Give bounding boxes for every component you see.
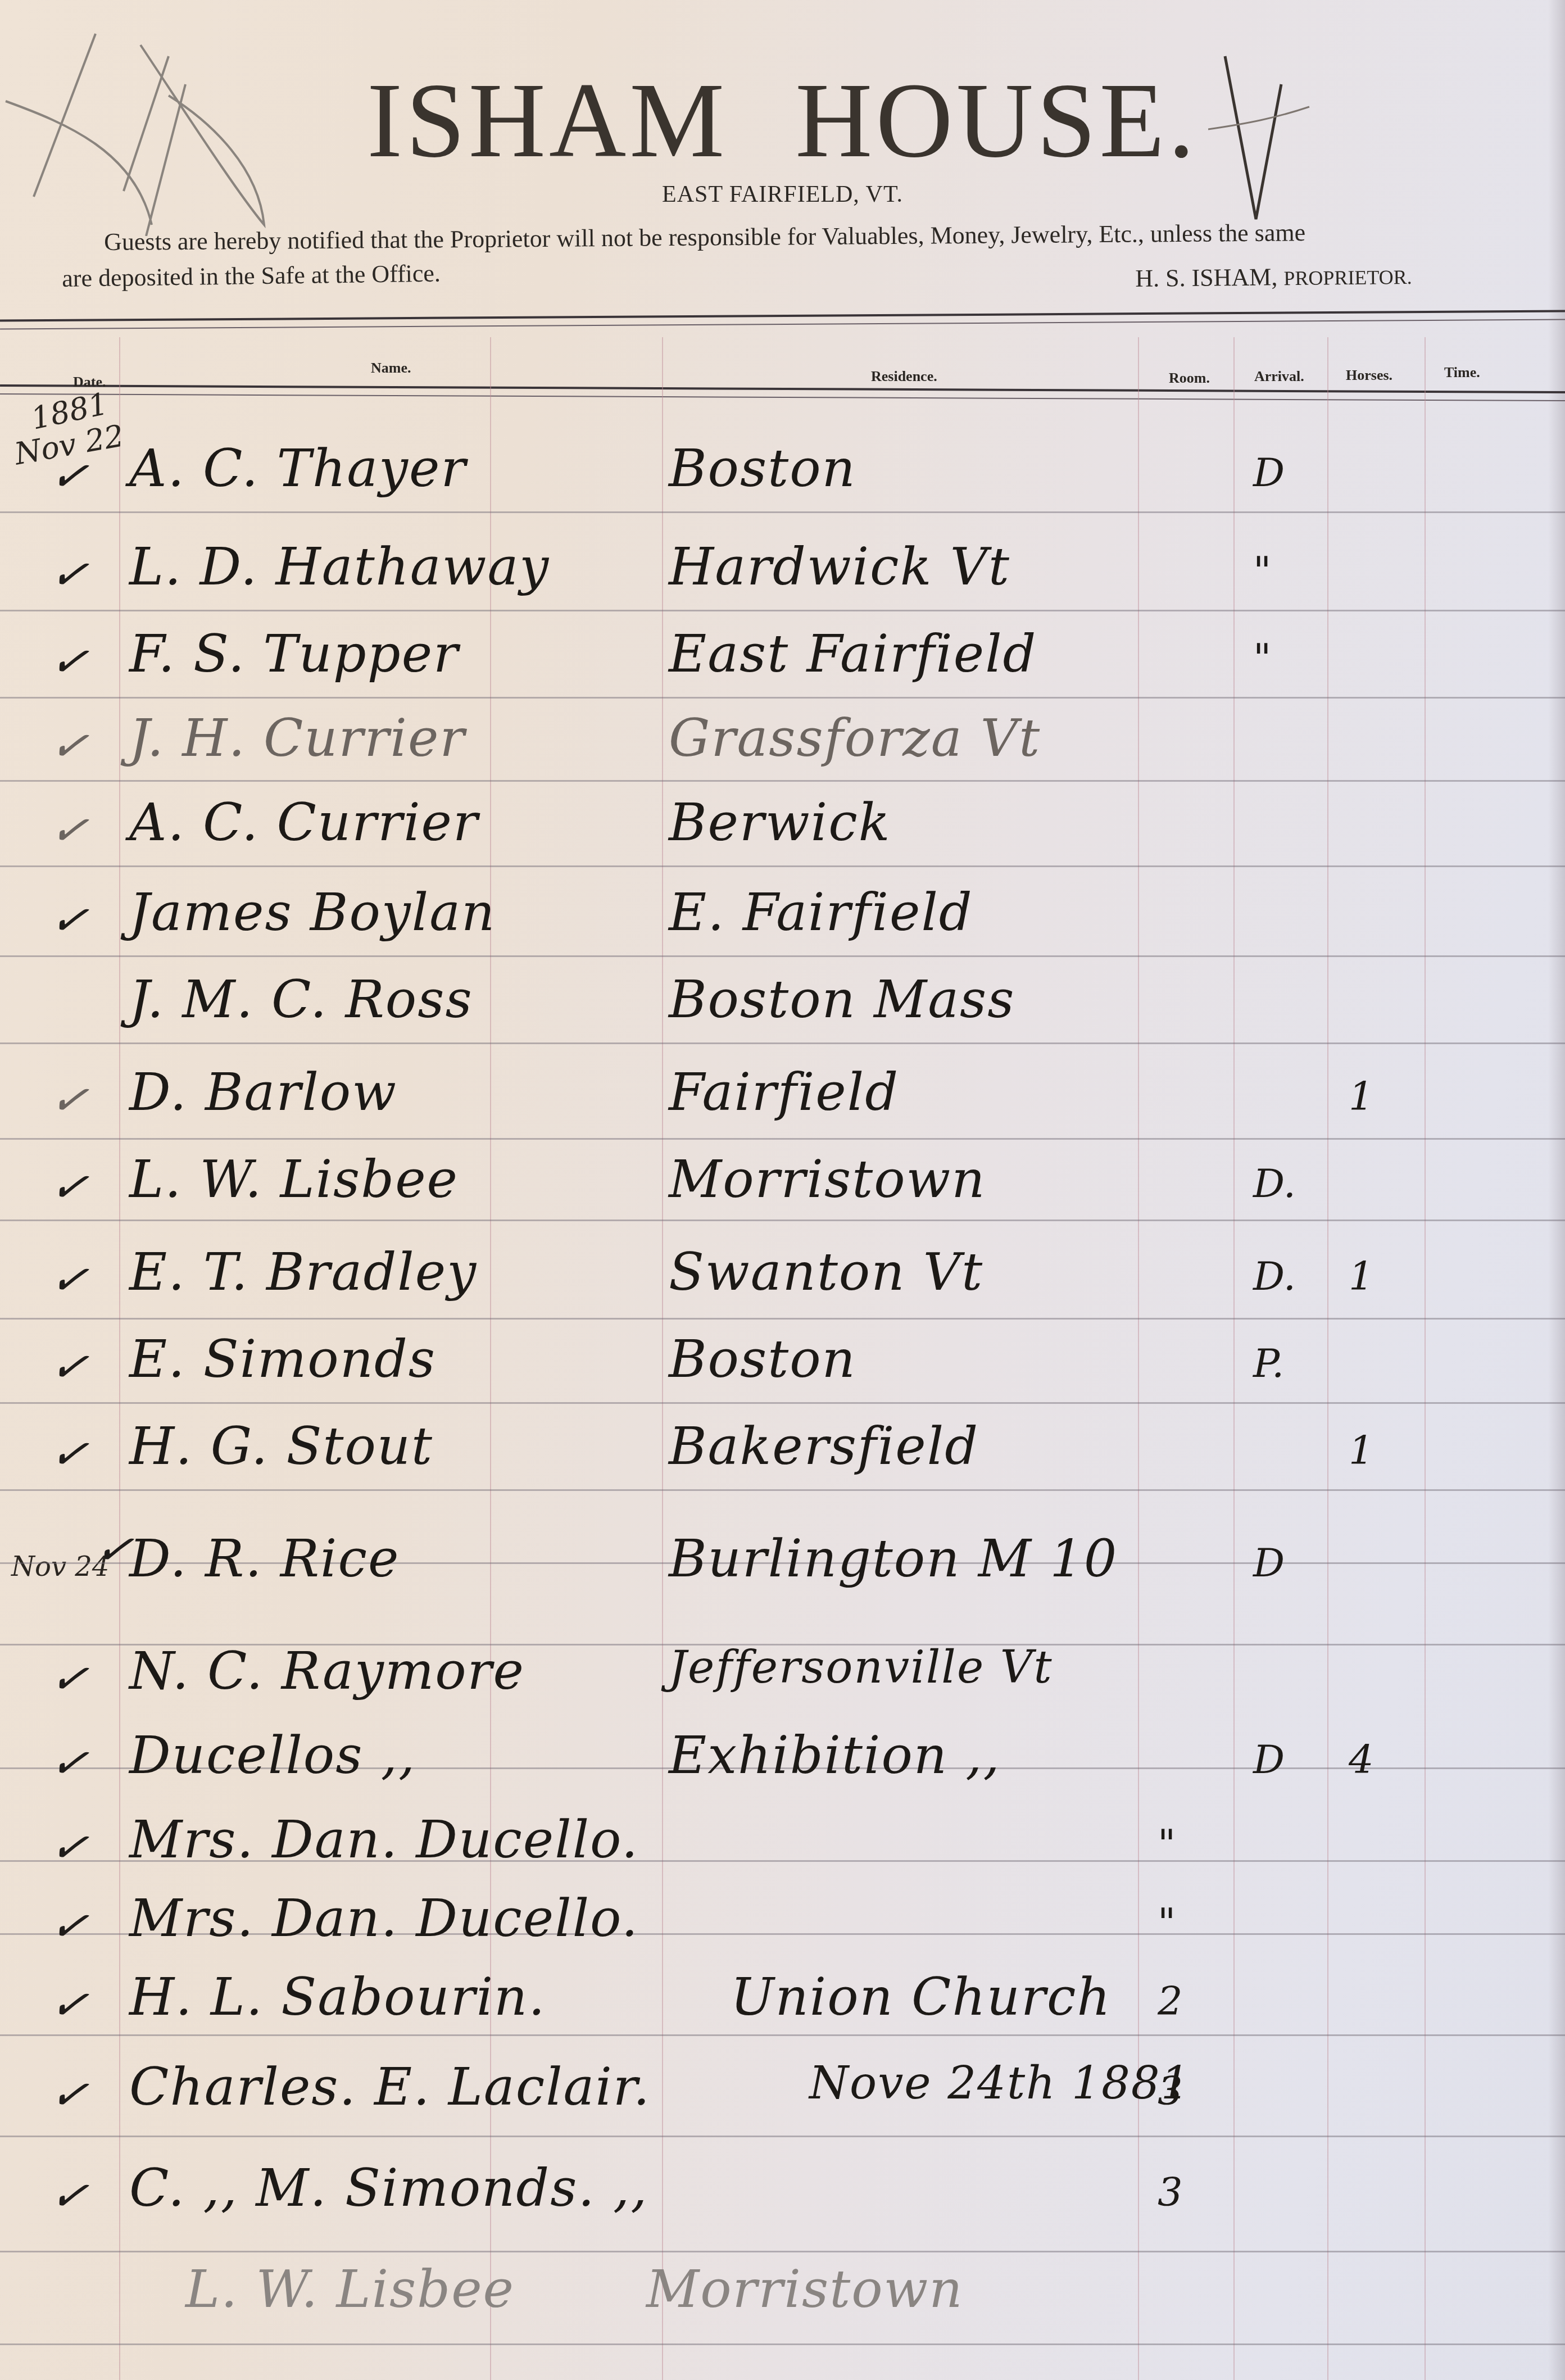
column-header-time: Time. [1444, 364, 1480, 381]
check-mark: ✓ [47, 546, 92, 602]
guest-residence: Fairfield [669, 1062, 899, 1122]
register-row: ✓ C. ,, M. Simonds. ,, 3 [0, 2147, 1565, 2231]
column-header-residence: Residence. [871, 368, 937, 385]
title-word-house: HOUSE. [795, 62, 1198, 180]
guest-residence: East Fairfield [669, 624, 1037, 684]
guest-residence: Bakersfield [669, 1416, 979, 1476]
register-row: ✓ Mrs. Dan. Ducello. " [0, 1877, 1565, 1961]
proprietor-signature: H. S. ISHAM, PROPRIETOR. [1135, 261, 1412, 293]
guest-residence: Boston [669, 1329, 856, 1389]
register-row: ✓ James Boylan E. Fairfield [0, 871, 1565, 955]
register-row: ✓ Charles. E. Laclair. Nove 24th 1881 3 [0, 2046, 1565, 2130]
row-rule [0, 1402, 1565, 1404]
check-mark: ✓ [47, 1251, 92, 1308]
guest-residence: Swanton Vt [669, 1242, 983, 1302]
row-rule [0, 955, 1565, 957]
horses-count: 1 [1349, 1253, 1374, 1299]
horses-count: 4 [1349, 1737, 1374, 1783]
register-row: ✓ E. Simonds Boston P. [0, 1318, 1565, 1402]
arrival-mark: " [1253, 635, 1271, 681]
register-row: ✓ D. Barlow Fairfield 1 [0, 1051, 1565, 1135]
title-word-isham: ISHAM [367, 62, 728, 180]
arrival-mark: D [1253, 1540, 1285, 1586]
room-number: " [1158, 1900, 1176, 1946]
row-rule [0, 865, 1565, 867]
guest-name: H. L. Sabourin. [129, 1967, 546, 2027]
guest-name: E. T. Bradley [129, 1242, 477, 1302]
room-number: " [1158, 1821, 1176, 1867]
horses-count: 1 [1349, 1073, 1374, 1119]
register-row: ✓ H. L. Sabourin. Union Church 2 [0, 1956, 1565, 2040]
room-number: 3 [1158, 2068, 1183, 2114]
guest-name: L. D. Hathaway [129, 537, 550, 597]
check-mark: ✓ [47, 2066, 92, 2123]
check-mark: ✓ [47, 1158, 92, 1215]
register-row: ✓ D. R. Rice Burlington M 10 D [0, 1517, 1565, 1602]
guest-residence: E. Fairfield [669, 882, 973, 942]
register-row: ✓ F. S. Tupper East Fairfield " [0, 613, 1565, 697]
check-mark: ✓ [47, 447, 92, 504]
guest-name: D. Barlow [129, 1062, 397, 1122]
horses-count: 1 [1349, 1427, 1374, 1474]
register-row: J. M. C. Ross Boston Mass [0, 958, 1565, 1042]
guest-name: F. S. Tupper [129, 624, 459, 684]
guest-residence: Jeffersonville Vt [669, 1641, 1053, 1693]
check-mark: ✓ [47, 1650, 92, 1707]
guest-name: H. G. Stout [129, 1416, 433, 1476]
register-row: ✓ A. C. Currier Berwick [0, 781, 1565, 865]
guest-name: E. Simonds [129, 1329, 436, 1389]
guest-residence: Nove 24th 1881 [809, 2057, 1191, 2109]
guest-name: James Boylan [129, 882, 496, 942]
column-header-name: Name. [371, 360, 411, 377]
column-header-horses: Horses. [1346, 367, 1392, 384]
guest-name: A. C. Thayer [129, 438, 466, 498]
guest-name: L. W. Lisbee [185, 2259, 515, 2319]
register-row: ✓ L. W. Lisbee Morristown D. [0, 1138, 1565, 1222]
header-rule-top [0, 310, 1565, 329]
guest-residence: Boston [669, 438, 856, 498]
check-mark: ✓ [47, 1819, 92, 1875]
arrival-mark: P. [1253, 1340, 1284, 1386]
guest-name: D. R. Rice [129, 1529, 400, 1589]
guest-name: J. M. C. Ross [129, 969, 473, 1030]
guest-residence: Berwick [669, 792, 891, 853]
register-row: ✓ Ducellos ,, Exhibition ,, D 4 [0, 1714, 1565, 1798]
check-mark: ✓ [47, 1734, 92, 1791]
check-mark: ✓ [47, 1071, 92, 1128]
register-row: ✓ E. T. Bradley Swanton Vt D. 1 [0, 1231, 1565, 1315]
guest-residence: Boston Mass [669, 969, 1015, 1030]
guest-residence: Hardwick Vt [669, 537, 1010, 597]
arrival-mark: D [1253, 450, 1285, 496]
guest-name: C. ,, M. Simonds. ,, [129, 2158, 648, 2218]
register-row: ✓ L. D. Hathaway Hardwick Vt " [0, 525, 1565, 610]
arrival-mark: " [1253, 548, 1271, 594]
row-rule [0, 1042, 1565, 1044]
notice-line-1: Guests are hereby notified that the Prop… [104, 216, 1537, 256]
register-row: ✓ H. G. Stout Bakersfield 1 [0, 1405, 1565, 1489]
guest-name: J. H. Currier [129, 708, 465, 768]
guest-name: Ducellos ,, [129, 1725, 416, 1785]
check-mark: ✓ [47, 1897, 92, 1954]
arrival-mark: D [1253, 1737, 1285, 1783]
check-mark: ✓ [47, 717, 92, 774]
row-rule [0, 610, 1565, 611]
proprietor-name: H. S. ISHAM, [1135, 263, 1284, 292]
hotel-title: ISHAMHOUSE. [0, 67, 1565, 174]
room-number: 2 [1158, 1978, 1183, 2024]
row-rule [0, 1489, 1565, 1491]
guest-name: N. C. Raymore [129, 1641, 525, 1701]
guest-name: A. C. Currier [129, 792, 479, 853]
check-mark: ✓ [47, 1338, 92, 1395]
check-mark: ✓ [47, 2167, 92, 2224]
check-mark: ✓ [47, 1425, 92, 1482]
register-row: L. W. Lisbee Morristown [0, 2248, 1565, 2332]
register-row: ✓ J. H. Currier Grassforza Vt [0, 697, 1565, 781]
guest-residence: Union Church [731, 1967, 1112, 2027]
guest-residence: Burlington M 10 [669, 1529, 1118, 1589]
arrival-mark: D. [1253, 1160, 1296, 1207]
check-mark: ✓ [47, 801, 92, 858]
column-header-arrival: Arrival. [1254, 368, 1304, 385]
guest-residence: Morristown [646, 2259, 964, 2319]
guest-residence: Exhibition ,, [669, 1725, 1001, 1785]
arrival-mark: D. [1253, 1253, 1296, 1299]
guest-name: Mrs. Dan. Ducello. [129, 1888, 639, 1948]
row-rule [0, 2136, 1565, 2137]
room-number: 3 [1158, 2169, 1183, 2215]
guest-residence: Morristown [669, 1149, 986, 1209]
guest-residence: Grassforza Vt [669, 708, 1041, 768]
check-mark: ✓ [47, 1976, 92, 2033]
register-row: ✓ N. C. Raymore Jeffersonville Vt [0, 1630, 1565, 1714]
header-rule-bottom [0, 384, 1565, 401]
row-rule [0, 2343, 1565, 2345]
notice-line-2: are deposited in the Safe at the Office. [62, 259, 441, 293]
guest-name: L. W. Lisbee [129, 1149, 459, 1209]
guest-name: Mrs. Dan. Ducello. [129, 1810, 639, 1870]
row-rule [0, 511, 1565, 513]
register-row: ✓ A. C. Thayer Boston D [0, 427, 1565, 511]
register-row: ✓ Mrs. Dan. Ducello. " [0, 1798, 1565, 1883]
column-header-room: Room. [1169, 370, 1210, 387]
check-mark: ✓ [47, 891, 92, 948]
guest-name: Charles. E. Laclair. [129, 2057, 651, 2117]
check-mark: ✓ [47, 633, 92, 690]
proprietor-title: PROPRIETOR. [1283, 266, 1412, 289]
hotel-location: EAST FAIRFIELD, VT. [0, 181, 1565, 208]
